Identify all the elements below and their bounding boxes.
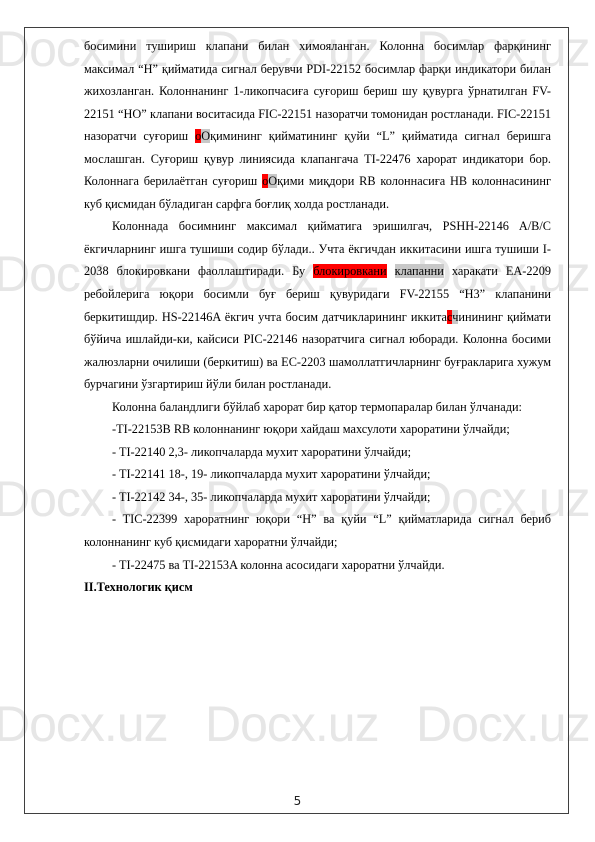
paragraph: - TIC-22399 хароратнинг юқори “H” ва қуй… [84, 508, 551, 553]
page-number: 5 [0, 794, 595, 808]
text-run: - TI-22475 ва TI-22153A колонна асосидаг… [112, 558, 445, 572]
highlight-gray: О [201, 129, 210, 143]
highlight-gray: О [268, 174, 277, 188]
text-run: босимини тушириш клапани билан химояланг… [84, 39, 551, 143]
paragraph: - TI-22140 2,3- ликопчаларда мухит харор… [84, 441, 551, 464]
text-run [387, 264, 395, 278]
paragraph: - TI-22141 18-, 19- ликопчаларда мухит х… [84, 463, 551, 486]
paragraph: - TI-22475 ва TI-22153A колонна асосидаг… [84, 554, 551, 577]
highlight-red: блокировкани [313, 264, 386, 278]
text-run: II.Технологик қисм [84, 580, 193, 594]
text-run: - TIC-22399 хароратнинг юқори “H” ва қуй… [84, 512, 551, 549]
text-run: - TI-22142 34-, 35- ликопчаларда мухит х… [112, 490, 430, 504]
text-run: Колонна баландлиги бўйлаб харорат бир қа… [112, 400, 522, 414]
text-run: -TI-22153B RB колоннанинг юқори хайдаш м… [112, 422, 510, 436]
section-heading: II.Технологик қисм [84, 576, 551, 599]
paragraph: Колоннада босимнинг максимал қийматига э… [84, 215, 551, 395]
text-run: - TI-22140 2,3- ликопчаларда мухит харор… [112, 445, 411, 459]
paragraph: босимини тушириш клапани билан химояланг… [84, 35, 551, 215]
paragraph: -TI-22153B RB колоннанинг юқори хайдаш м… [84, 418, 551, 441]
paragraph: Колонна баландлиги бўйлаб харорат бир қа… [84, 396, 551, 419]
highlight-gray: клапанни [395, 264, 444, 278]
text-run: - TI-22141 18-, 19- ликопчаларда мухит х… [112, 467, 430, 481]
document-body: босимини тушириш клапани билан химояланг… [84, 35, 551, 599]
paragraph: - TI-22142 34-, 35- ликопчаларда мухит х… [84, 486, 551, 509]
